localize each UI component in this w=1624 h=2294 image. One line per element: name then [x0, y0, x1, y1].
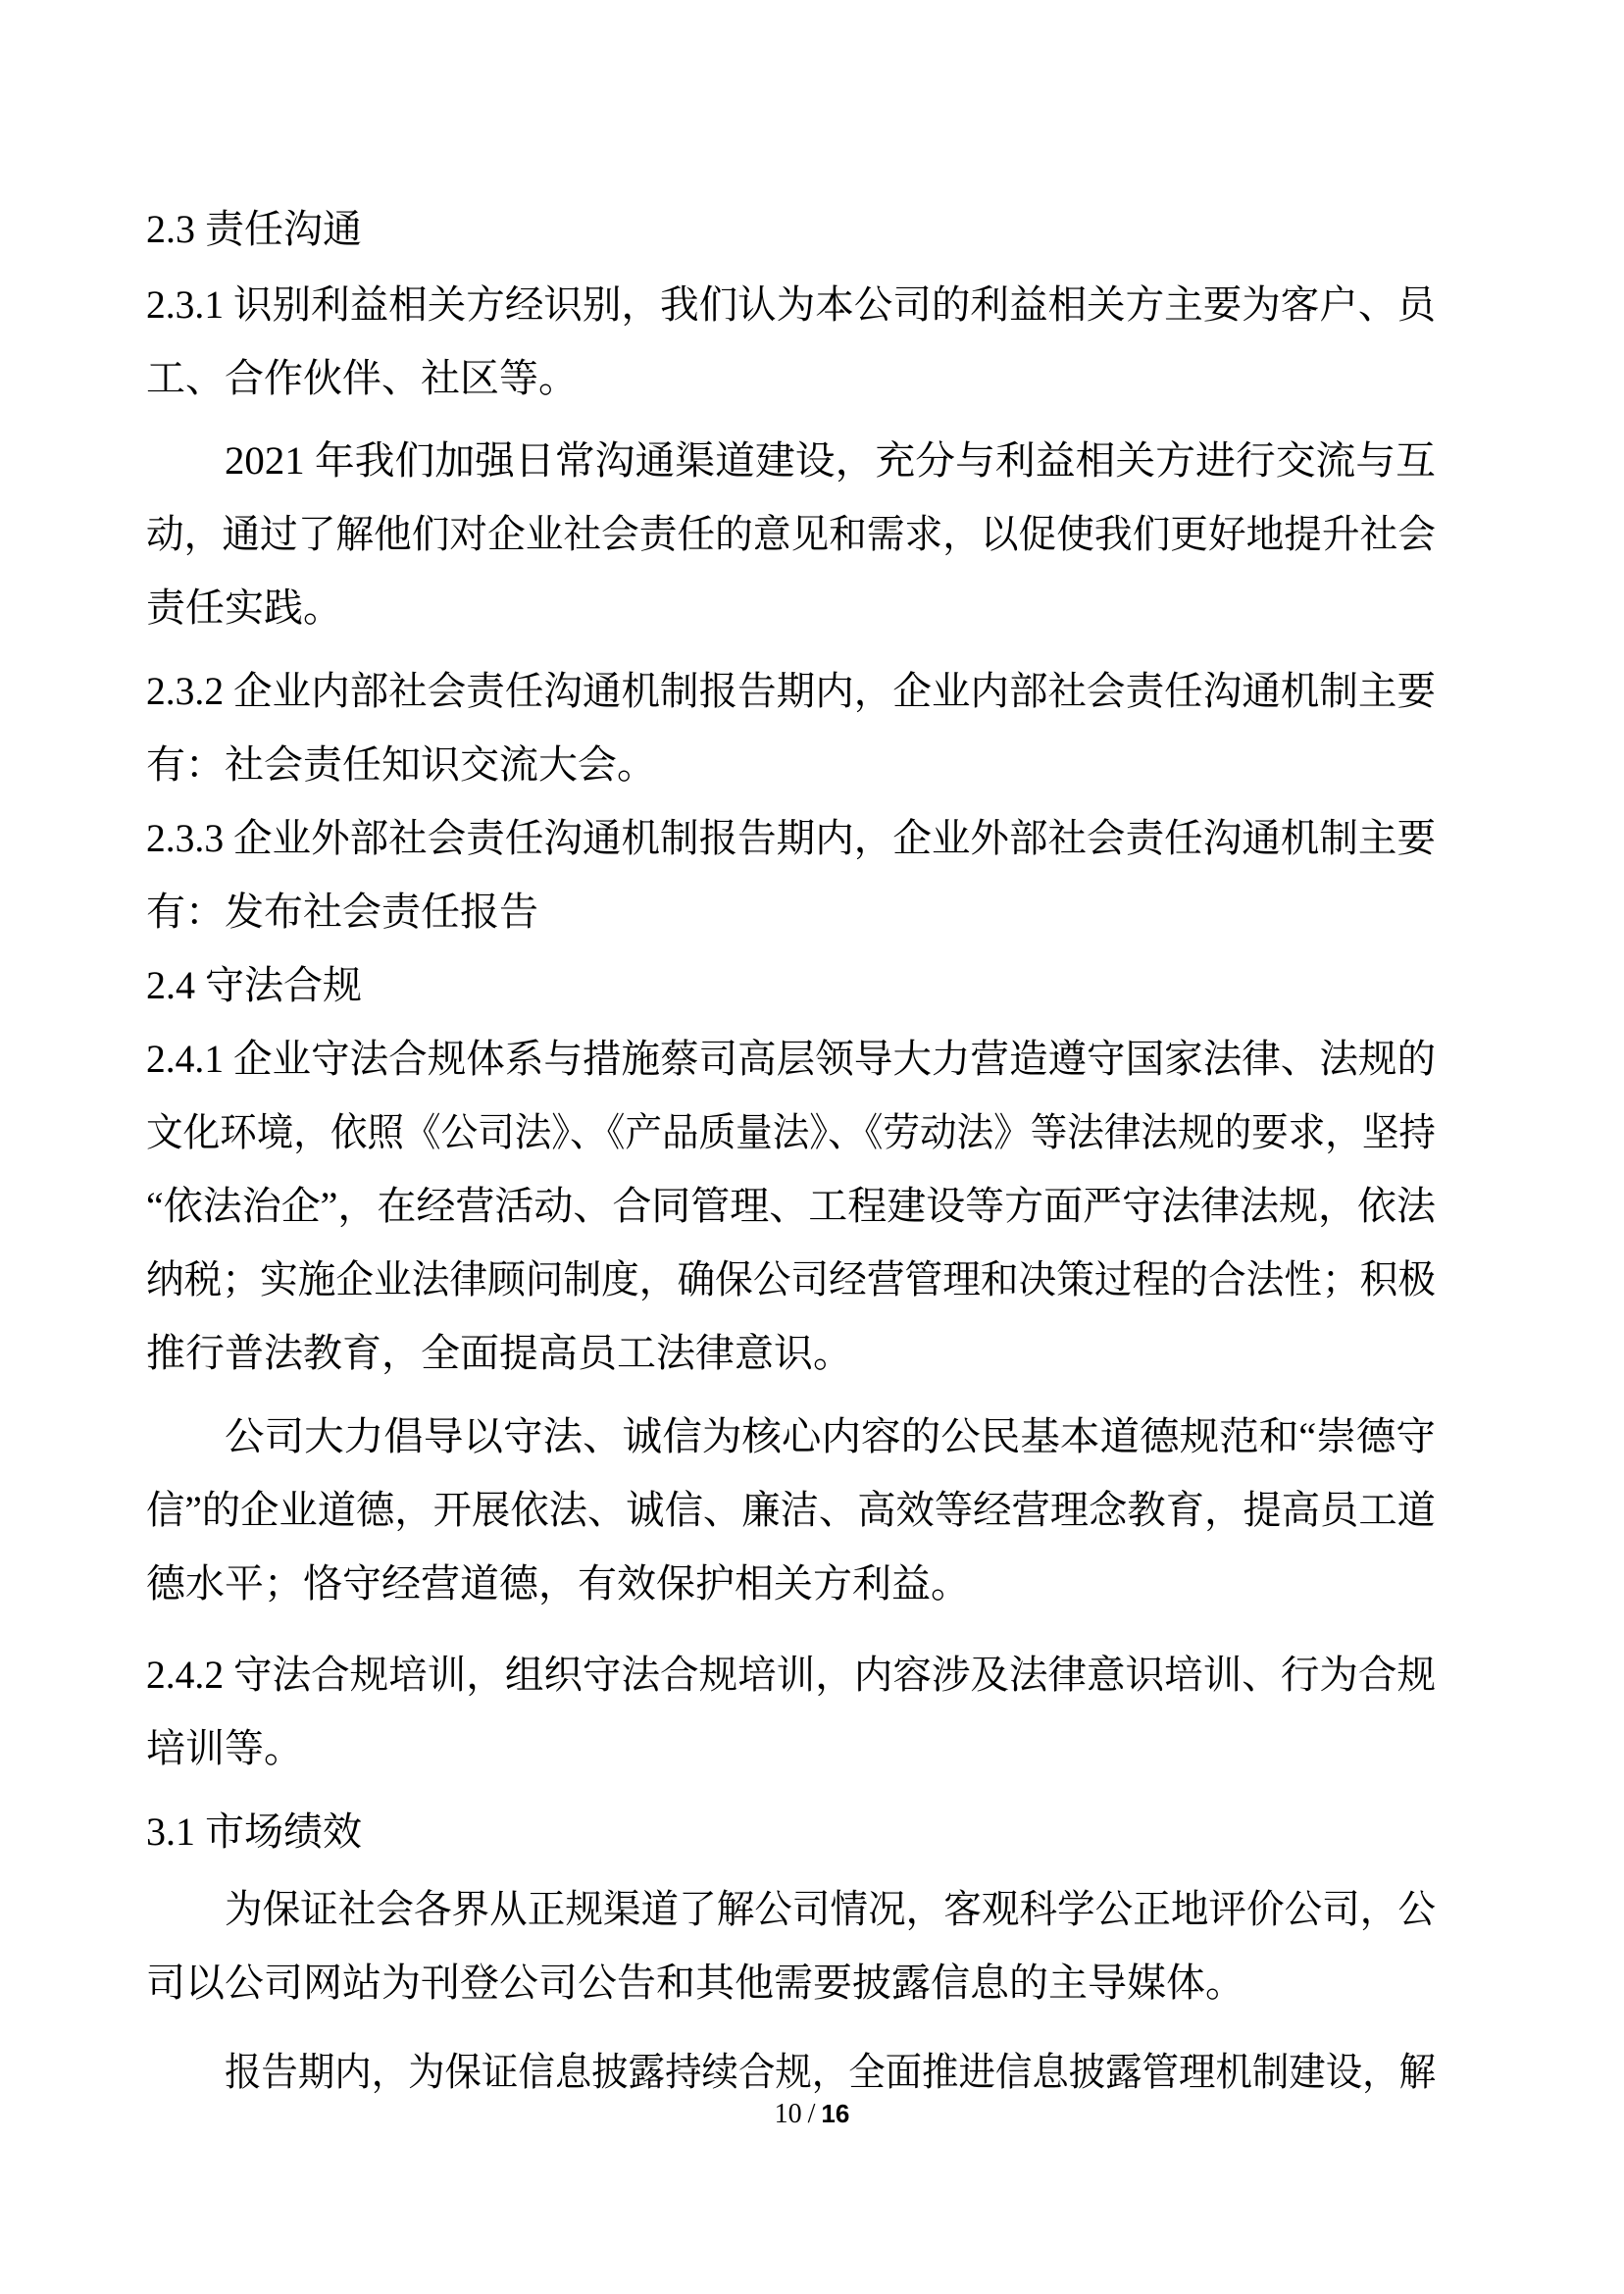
text-line-content: 培训等。 — [146, 1711, 303, 1785]
text-line-content: 2.4.2 守法合规培训，组织守法合规培训，内容涉及法律意识培训、行为合规 — [146, 1638, 1436, 1711]
text-line: 公司大力倡导以守法、诚信为核心内容的公民基本道德规范和“崇德守 — [146, 1400, 1436, 1473]
text-line: 司以公司网站为刊登公司公告和其他需要披露信息的主导媒体。 — [146, 1946, 1436, 2019]
page-footer: 10/16 — [0, 2097, 1624, 2131]
paragraph: 2.3.3 企业外部社会责任沟通机制报告期内，企业外部社会责任沟通机制主要有：发… — [146, 801, 1436, 948]
text-line: 2.3.3 企业外部社会责任沟通机制报告期内，企业外部社会责任沟通机制主要 — [146, 801, 1436, 875]
text-line-content: 为保证社会各界从正规渠道了解公司情况，客观科学公正地评价公司，公 — [225, 1872, 1436, 1946]
text-line-content: 3.1 市场绩效 — [146, 1795, 362, 1868]
text-line-content: 有：发布社会责任报告 — [146, 875, 538, 948]
text-line: 信”的企业道德，开展依法、诚信、廉洁、高效等经营理念教育，提高员工道 — [146, 1473, 1436, 1547]
text-line-content: 2021 年我们加强日常沟通渠道建设，充分与利益相关方进行交流与互 — [225, 424, 1436, 497]
text-line: 为保证社会各界从正规渠道了解公司情况，客观科学公正地评价公司，公 — [146, 1872, 1436, 1946]
text-line-content: 2.3.3 企业外部社会责任沟通机制报告期内，企业外部社会责任沟通机制主要 — [146, 801, 1436, 875]
text-line: 2.4.1 企业守法合规体系与措施蔡司高层领导大力营造遵守国家法律、法规的 — [146, 1022, 1436, 1096]
text-line-content: 2.3.2 企业内部社会责任沟通机制报告期内，企业内部社会责任沟通机制主要 — [146, 654, 1436, 728]
paragraph: 公司大力倡导以守法、诚信为核心内容的公民基本道德规范和“崇德守信”的企业道德，开… — [146, 1400, 1436, 1620]
text-line: 德水平；恪守经营道德，有效保护相关方利益。 — [146, 1547, 1436, 1620]
text-line-content: 责任实践。 — [146, 571, 342, 644]
text-line-content: 2.3 责任沟通 — [146, 192, 362, 266]
text-line: 2.4.2 守法合规培训，组织守法合规培训，内容涉及法律意识培训、行为合规 — [146, 1638, 1436, 1711]
text-line: 2.3.2 企业内部社会责任沟通机制报告期内，企业内部社会责任沟通机制主要 — [146, 654, 1436, 728]
text-line-content: 2.4 守法合规 — [146, 948, 362, 1022]
text-line-content: 有：社会责任知识交流大会。 — [146, 728, 656, 801]
text-line: 3.1 市场绩效 — [146, 1795, 1436, 1868]
page-number-current: 10 — [775, 2099, 802, 2129]
document-page: 2.3 责任沟通2.3.1 识别利益相关方经识别，我们认为本公司的利益相关方主要… — [0, 0, 1624, 2294]
text-line: 责任实践。 — [146, 571, 1436, 644]
paragraph: 2.4.2 守法合规培训，组织守法合规培训，内容涉及法律意识培训、行为合规培训等… — [146, 1638, 1436, 1785]
text-line-content: “依法治企”，在经营活动、合同管理、工程建设等方面严守法律法规，依法 — [146, 1169, 1436, 1243]
text-line: 动，通过了解他们对企业社会责任的意见和需求，以促使我们更好地提升社会 — [146, 497, 1436, 571]
section-heading: 2.3 责任沟通 — [146, 192, 1436, 266]
text-line-content: 信”的企业道德，开展依法、诚信、廉洁、高效等经营理念教育，提高员工道 — [146, 1473, 1436, 1547]
text-line: 推行普法教育，全面提高员工法律意识。 — [146, 1316, 1436, 1390]
page-number-total: 16 — [821, 2099, 849, 2128]
text-line-content: 工、合作伙伴、社区等。 — [146, 341, 578, 415]
text-line: 有：发布社会责任报告 — [146, 875, 1436, 948]
text-line: 文化环境，依照《公司法》、《产品质量法》、《劳动法》等法律法规的要求，坚持 — [146, 1096, 1436, 1169]
paragraph: 2.4.1 企业守法合规体系与措施蔡司高层领导大力营造遵守国家法律、法规的文化环… — [146, 1022, 1436, 1390]
text-line-content: 动，通过了解他们对企业社会责任的意见和需求，以促使我们更好地提升社会 — [146, 497, 1436, 571]
text-line: 纳税；实施企业法律顾问制度，确保公司经营管理和决策过程的合法性；积极 — [146, 1243, 1436, 1316]
text-line-content: 文化环境，依照《公司法》、《产品质量法》、《劳动法》等法律法规的要求，坚持 — [146, 1096, 1436, 1169]
text-line: 2021 年我们加强日常沟通渠道建设，充分与利益相关方进行交流与互 — [146, 424, 1436, 497]
paragraph: 2021 年我们加强日常沟通渠道建设，充分与利益相关方进行交流与互动，通过了解他… — [146, 424, 1436, 644]
document-body: 2.3 责任沟通2.3.1 识别利益相关方经识别，我们认为本公司的利益相关方主要… — [146, 192, 1436, 2109]
text-line: 2.3 责任沟通 — [146, 192, 1436, 266]
text-line: 2.4 守法合规 — [146, 948, 1436, 1022]
paragraph: 2.3.2 企业内部社会责任沟通机制报告期内，企业内部社会责任沟通机制主要有：社… — [146, 654, 1436, 801]
section-heading: 3.1 市场绩效 — [146, 1795, 1436, 1868]
text-line-content: 公司大力倡导以守法、诚信为核心内容的公民基本道德规范和“崇德守 — [225, 1400, 1436, 1473]
text-line-content: 纳税；实施企业法律顾问制度，确保公司经营管理和决策过程的合法性；积极 — [146, 1243, 1436, 1316]
text-line-content: 司以公司网站为刊登公司公告和其他需要披露信息的主导媒体。 — [146, 1946, 1244, 2019]
text-line-content: 2.4.1 企业守法合规体系与措施蔡司高层领导大力营造遵守国家法律、法规的 — [146, 1022, 1436, 1096]
section-heading: 2.4 守法合规 — [146, 948, 1436, 1022]
text-line: 2.3.1 识别利益相关方经识别，我们认为本公司的利益相关方主要为客户、员 — [146, 268, 1436, 341]
text-line-content: 推行普法教育，全面提高员工法律意识。 — [146, 1316, 852, 1390]
text-line: 培训等。 — [146, 1711, 1436, 1785]
text-line: 工、合作伙伴、社区等。 — [146, 341, 1436, 415]
text-line: 有：社会责任知识交流大会。 — [146, 728, 1436, 801]
text-line-content: 2.3.1 识别利益相关方经识别，我们认为本公司的利益相关方主要为客户、员 — [146, 268, 1436, 341]
paragraph: 为保证社会各界从正规渠道了解公司情况，客观科学公正地评价公司，公司以公司网站为刊… — [146, 1872, 1436, 2019]
paragraph: 2.3.1 识别利益相关方经识别，我们认为本公司的利益相关方主要为客户、员工、合… — [146, 268, 1436, 415]
text-line: “依法治企”，在经营活动、合同管理、工程建设等方面严守法律法规，依法 — [146, 1169, 1436, 1243]
text-line-content: 德水平；恪守经营道德，有效保护相关方利益。 — [146, 1547, 970, 1620]
page-number-separator: / — [808, 2099, 816, 2129]
